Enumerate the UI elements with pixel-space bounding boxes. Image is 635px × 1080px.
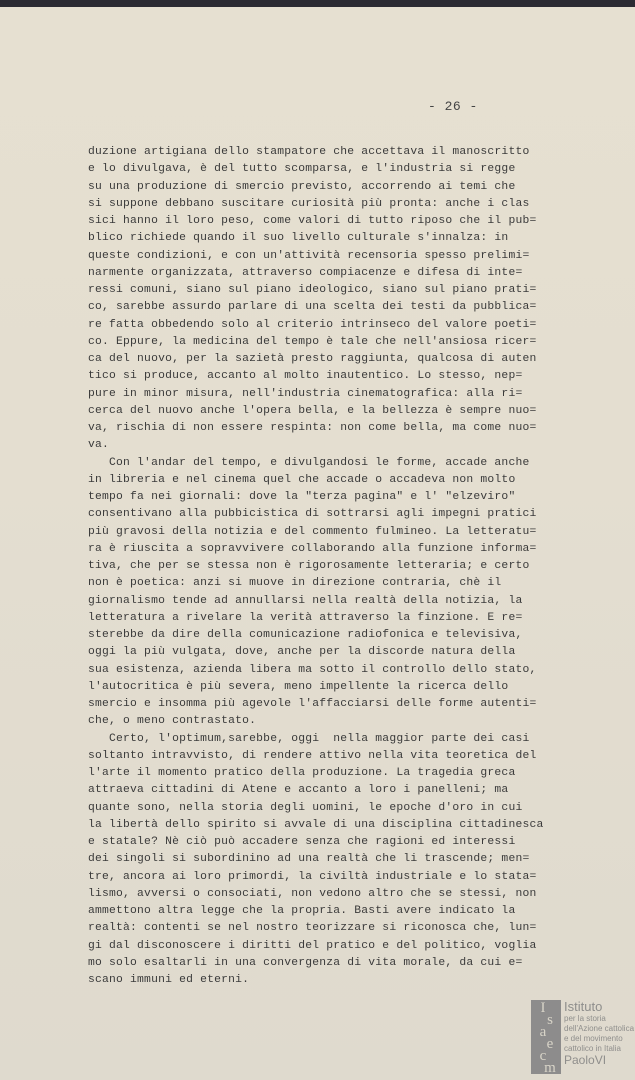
text-line: queste condizioni, e con un'attività rec…: [88, 248, 588, 265]
logo-text: Istituto per la storiadell'Azione cattol…: [564, 1000, 635, 1067]
logo-subtitle: per la storiadell'Azione cattolicae del …: [564, 1014, 635, 1054]
text-line: consentivano alla pubbicistica di sottra…: [88, 506, 588, 523]
text-line: non è poetica: anzi si muove in direzion…: [88, 575, 588, 592]
text-line: tiva, che per se stessa non è rigorosame…: [88, 558, 588, 575]
text-line: ra è riuscita a sopravvivere collaborand…: [88, 541, 588, 558]
text-line: su una produzione di smercio previsto, a…: [88, 179, 588, 196]
text-line: cerca del nuovo anche l'opera bella, e l…: [88, 403, 588, 420]
text-line: letteratura a rivelare la verità attrave…: [88, 610, 588, 627]
logo-title: Istituto: [564, 1000, 635, 1014]
text-line: soltanto intravvisto, di rendere attivo …: [88, 748, 588, 765]
text-line: in libreria e nel cinema quel che accade…: [88, 472, 588, 489]
page-number: - 26 -: [428, 99, 478, 114]
text-line: ressi comuni, siano sul piano ideologico…: [88, 282, 588, 299]
text-line: Certo, l'optimum,sarebbe, oggi nella mag…: [88, 731, 588, 748]
text-line: gi dal disconoscere i diritti del pratic…: [88, 938, 588, 955]
text-line: re fatta obbedendo solo al criterio intr…: [88, 317, 588, 334]
text-line: tempo fa nei giornali: dove la "terza pa…: [88, 489, 588, 506]
text-line: la libertà dello spirito si avvale di un…: [88, 817, 588, 834]
text-line: duzione artigiana dello stampatore che a…: [88, 144, 588, 161]
text-line: realtà: contenti se nel nostro teorizzar…: [88, 920, 588, 937]
text-line: scano immuni ed eterni.: [88, 972, 588, 989]
text-line: l'arte il momento pratico della produzio…: [88, 765, 588, 782]
text-line: attraeva cittadini di Atene e accanto a …: [88, 782, 588, 799]
logo-subtitle-line: per la storia: [564, 1014, 635, 1024]
logo-subtitle-line: e del movimento: [564, 1034, 635, 1044]
logo-mark-letter: I: [525, 1002, 561, 1014]
text-line: tre, ancora ai loro primordi, la civiltà…: [88, 869, 588, 886]
text-line: narmente organizzata, attraverso compiac…: [88, 265, 588, 282]
text-line: tico si produce, accanto al molto inaute…: [88, 368, 588, 385]
text-line: più gravosi della notizia e del commento…: [88, 524, 588, 541]
text-line: e lo divulgava, è del tutto scomparsa, e…: [88, 161, 588, 178]
text-line: quante sono, nella storia degli uomini, …: [88, 800, 588, 817]
institute-logo: Isaecm Istituto per la storiadell'Azione…: [531, 1000, 633, 1076]
text-line: va, rischia di non essere respinta: non …: [88, 420, 588, 437]
text-line: va.: [88, 437, 588, 454]
text-line: oggi la più vulgata, dove, anche per la …: [88, 644, 588, 661]
text-line: l'autocritica è più severa, meno impelle…: [88, 679, 588, 696]
typewritten-body-text: duzione artigiana dello stampatore che a…: [88, 144, 588, 989]
text-line: sterebbe da dire della comunicazione rad…: [88, 627, 588, 644]
text-line: co, sarebbe assurdo parlare di una scelt…: [88, 299, 588, 316]
text-line: si suppone debbano suscitare curiosità p…: [88, 196, 588, 213]
text-line: lismo, avversi o consociati, non vedono …: [88, 886, 588, 903]
text-line: blico richiede quando il suo livello cul…: [88, 230, 588, 247]
logo-subtitle-line: dell'Azione cattolica: [564, 1024, 635, 1034]
text-line: ca del nuovo, per la sazietà presto ragg…: [88, 351, 588, 368]
logo-footer: PaoloVI: [564, 1054, 635, 1067]
text-line: co. Eppure, la medicina del tempo è tale…: [88, 334, 588, 351]
text-line: mo solo esaltarli in una convergenza di …: [88, 955, 588, 972]
text-line: pure in minor misura, nell'industria cin…: [88, 386, 588, 403]
text-line: che, o meno contrastato.: [88, 713, 588, 730]
text-line: giornalismo tende ad annullarsi nella re…: [88, 593, 588, 610]
logo-mark-letter: a: [525, 1026, 561, 1038]
text-line: sua esistenza, azienda libera ma sotto i…: [88, 662, 588, 679]
text-line: sici hanno il loro peso, come valori di …: [88, 213, 588, 230]
isacem-logo-mark: Isaecm: [531, 1000, 561, 1074]
text-line: Con l'andar del tempo, e divulgandosi le…: [88, 455, 588, 472]
text-line: dei singoli si subordinino ad una realtà…: [88, 851, 588, 868]
document-page: - 26 - duzione artigiana dello stampator…: [0, 7, 635, 1080]
text-line: e statale? Nè ciò può accadere senza che…: [88, 834, 588, 851]
text-line: ammettono altra legge che la propria. Ba…: [88, 903, 588, 920]
text-line: smercio e insomma più agevole l'affaccia…: [88, 696, 588, 713]
